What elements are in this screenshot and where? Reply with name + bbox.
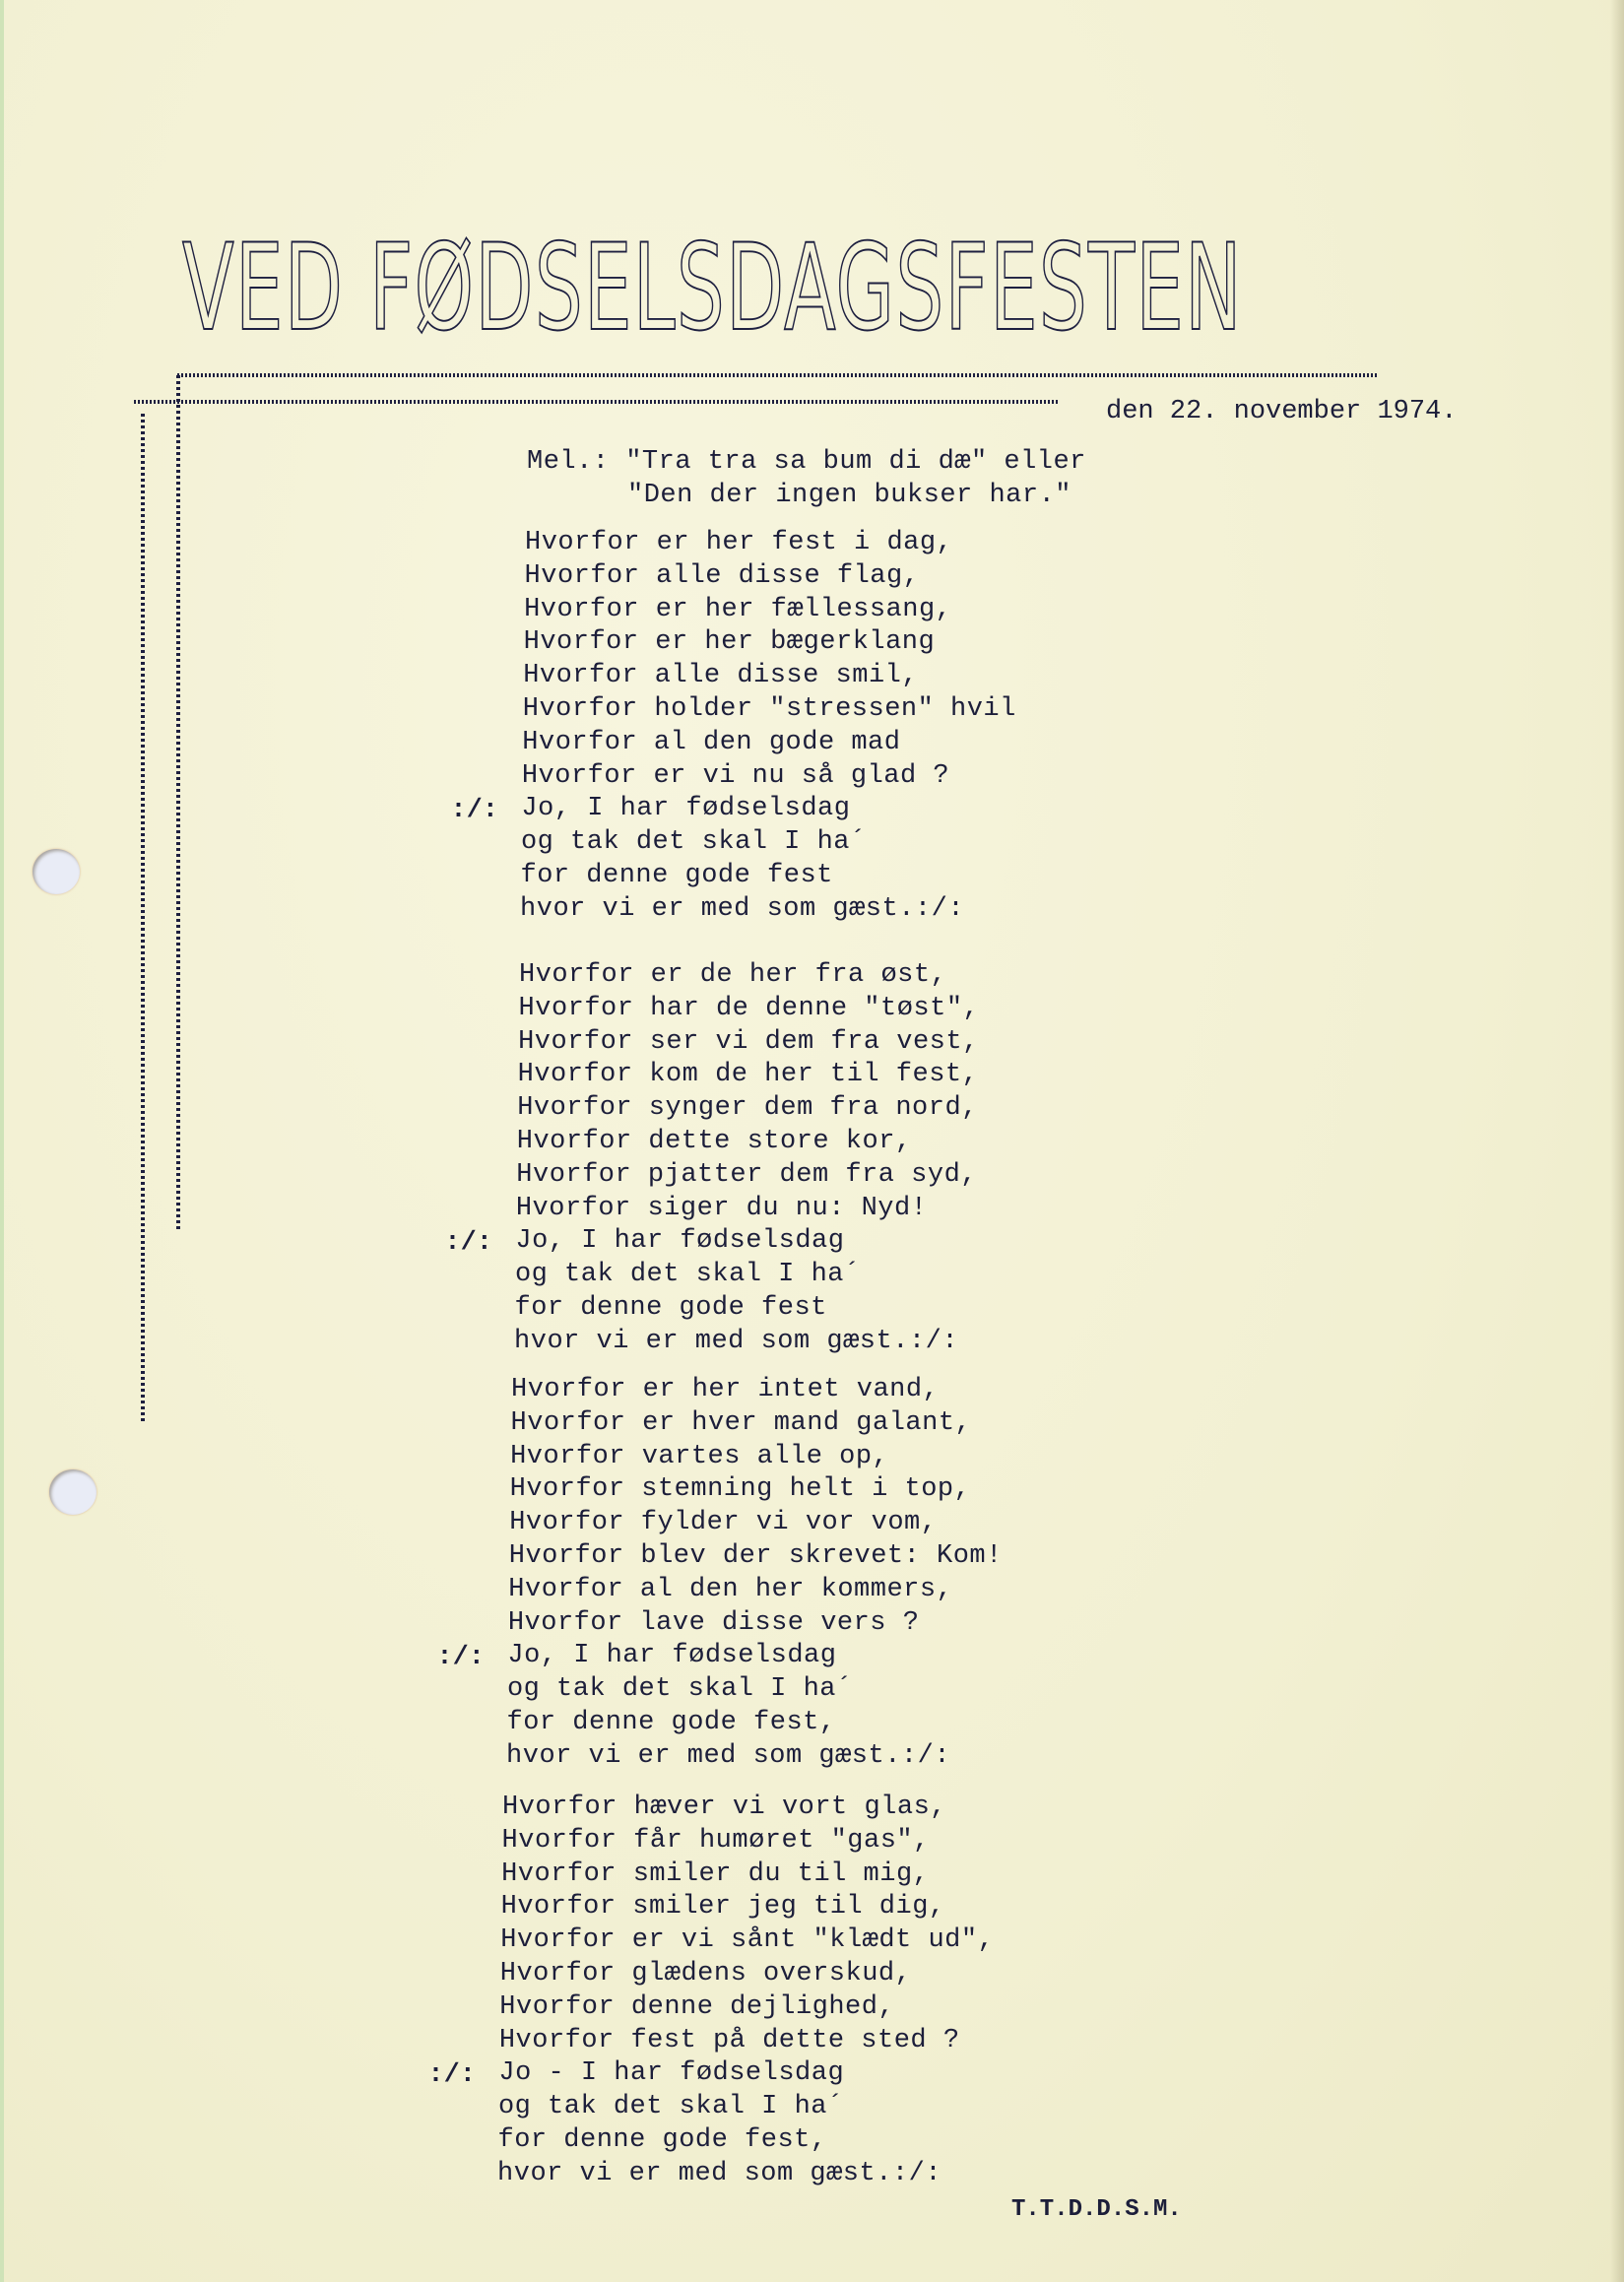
paper-edge xyxy=(0,0,4,2282)
verse-line: Hvorfor smiler du til mig, xyxy=(501,1861,929,1888)
verse-line: Hvorfor har de denne "tøst", xyxy=(519,996,980,1022)
refrain-line: hvor vi er med som gæst.:/: xyxy=(506,1743,950,1770)
verse-line: Hvorfor kom de her til fest, xyxy=(518,1062,979,1088)
refrain-line: og tak det skal I ha´ xyxy=(507,1676,853,1703)
verse-line: Hvorfor glædens overskud, xyxy=(500,1961,912,1988)
melody-line: Mel.: "Tra tra sa bum di dæ" eller xyxy=(527,449,1086,476)
refrain-line: for denne gode fest, xyxy=(507,1710,836,1736)
verse-line: Hvorfor er her intet vand, xyxy=(511,1377,939,1403)
verse-line: Hvorfor smiler jeg til dig, xyxy=(501,1894,945,1921)
verse-line: Hvorfor fylder vi vor vom, xyxy=(509,1510,937,1536)
verse-line: Hvorfor fest på dette sted ? xyxy=(499,2028,960,2054)
refrain-line: Jo, I har fødselsdag xyxy=(521,796,850,822)
refrain-line: Jo - I har fødselsdag xyxy=(498,2060,844,2087)
verse-line: Hvorfor er hver mand galant, xyxy=(511,1410,972,1437)
verse-line: Hvorfor al den gode mad xyxy=(522,730,900,756)
verse-line: Hvorfor siger du nu: Nyd! xyxy=(516,1196,928,1222)
verse-line: Hvorfor lave disse vers ? xyxy=(508,1610,920,1637)
refrain-line: Jo, I har fødselsdag xyxy=(507,1643,836,1669)
refrain-line: hvor vi er med som gæst.:/: xyxy=(497,2161,942,2187)
verse-line: Hvorfor er vi nu så glad ? xyxy=(522,763,949,790)
melody-line: "Den der ingen bukser har." xyxy=(627,483,1072,509)
punch-hole xyxy=(32,849,80,894)
repeat-mark: :/: xyxy=(450,796,498,825)
verse-line: Hvorfor alle disse smil, xyxy=(523,663,918,689)
verse-line: Hvorfor er her fest i dag, xyxy=(525,530,952,556)
punch-hole xyxy=(49,1469,97,1515)
refrain-line: for denne gode fest, xyxy=(498,2127,827,2154)
repeat-mark: :/: xyxy=(427,2060,476,2090)
refrain-line: hvor vi er med som gæst.:/: xyxy=(520,896,964,923)
refrain-line: og tak det skal I ha´ xyxy=(521,829,867,856)
verse-line: Hvorfor al den her kommers, xyxy=(508,1577,952,1603)
signature: T.T.D.D.S.M. xyxy=(1011,2196,1182,2223)
paper-edge-shadow xyxy=(1610,0,1624,2282)
repeat-mark: :/: xyxy=(436,1643,485,1672)
verse-line: Hvorfor pjatter dem fra syd, xyxy=(516,1162,977,1189)
border-line-inner-left xyxy=(176,375,180,1230)
verse-line: Hvorfor er de her fra øst, xyxy=(519,962,946,989)
verse-line: Hvorfor er her bægerklang xyxy=(524,629,936,656)
document-date: den 22. november 1974. xyxy=(1106,397,1457,426)
refrain-line: hvor vi er med som gæst.:/: xyxy=(514,1329,958,1355)
refrain-line: Jo, I har fødselsdag xyxy=(515,1228,844,1255)
verse-line: Hvorfor er her fællessang, xyxy=(524,597,951,623)
refrain-line: og tak det skal I ha´ xyxy=(515,1262,861,1288)
verse-line: Hvorfor stemning helt i top, xyxy=(510,1476,971,1503)
verse-line: Hvorfor holder "stressen" hvil xyxy=(523,696,1016,723)
refrain-line: for denne gode fest xyxy=(515,1295,827,1322)
verse-line: Hvorfor hæver vi vort glas, xyxy=(502,1794,946,1821)
verse-line: Hvorfor denne dejlighed, xyxy=(499,1994,894,2021)
verse-line: Hvorfor dette store kor, xyxy=(517,1129,912,1155)
refrain-line: for denne gode fest xyxy=(521,863,833,889)
verse-line: Hvorfor vartes alle op, xyxy=(510,1444,888,1470)
border-line-top xyxy=(177,373,1379,377)
verse-line: Hvorfor er vi sånt "klædt ud", xyxy=(500,1927,994,1954)
document-title: VED FØDSELSDAGSFESTEN xyxy=(182,228,1243,348)
verse-line: Hvorfor synger dem fra nord, xyxy=(517,1095,978,1122)
verse-line: Hvorfor ser vi dem fra vest, xyxy=(518,1029,979,1056)
border-line-outer-left xyxy=(141,414,145,1424)
border-line-second xyxy=(134,400,1058,404)
repeat-mark: :/: xyxy=(444,1228,492,1258)
verse-line: Hvorfor blev der skrevet: Kom! xyxy=(509,1543,1003,1570)
verse-line: Hvorfor får humøret "gas", xyxy=(502,1828,930,1855)
refrain-line: og tak det skal I ha´ xyxy=(498,2094,844,2120)
verse-line: Hvorfor alle disse flag, xyxy=(525,563,920,590)
